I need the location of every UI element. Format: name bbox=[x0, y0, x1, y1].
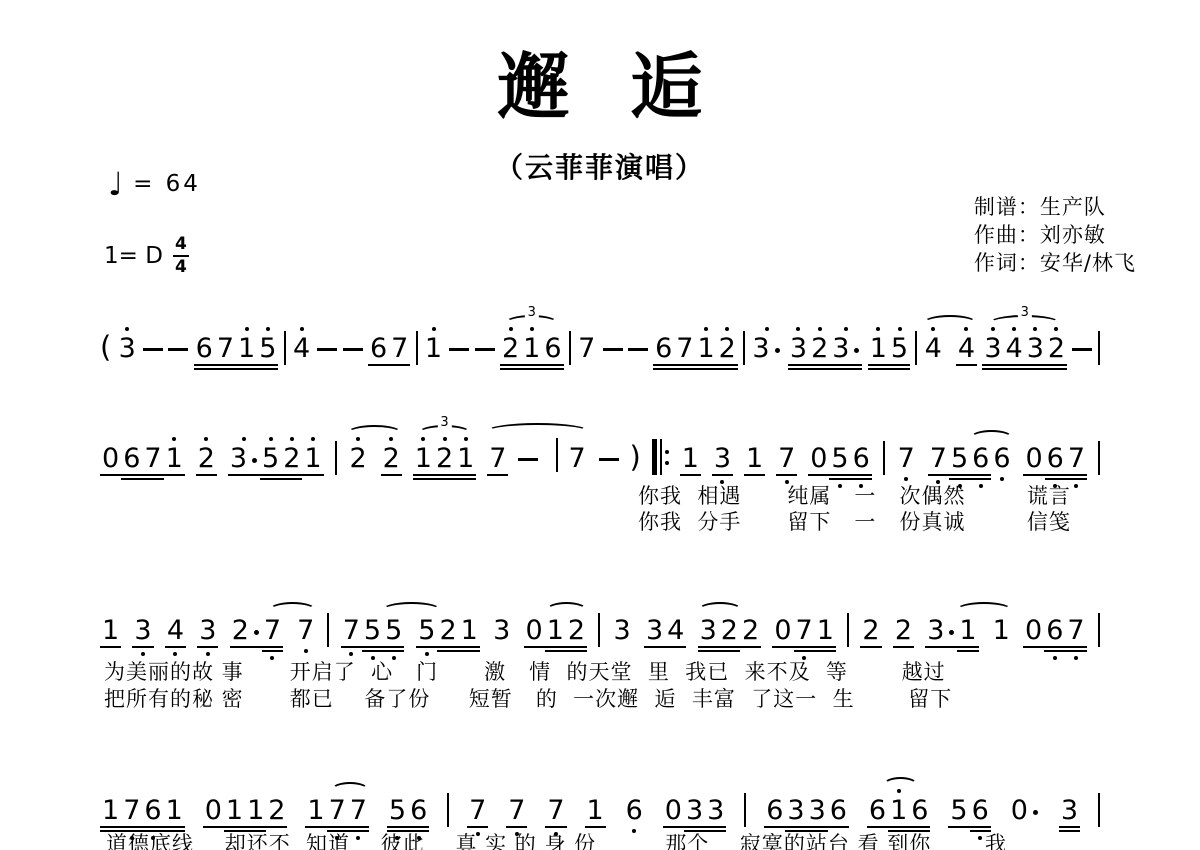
barline bbox=[1098, 793, 1100, 827]
duration-dash bbox=[518, 458, 538, 461]
barline bbox=[744, 793, 746, 827]
note: 6 bbox=[909, 797, 930, 824]
note: 1 bbox=[455, 445, 476, 472]
beam-line bbox=[1044, 646, 1065, 648]
barline bbox=[1098, 613, 1100, 647]
note-group: 323 bbox=[788, 335, 863, 362]
begin-repeat-sign bbox=[652, 439, 669, 475]
octave-dot-low bbox=[1000, 477, 1004, 481]
repeat-dots bbox=[665, 439, 669, 475]
beam-line bbox=[1004, 368, 1025, 370]
octave-dot-low bbox=[349, 652, 353, 656]
time-denominator: 4 bbox=[175, 259, 187, 276]
beam-line bbox=[1046, 368, 1067, 370]
beam-line bbox=[362, 646, 383, 648]
beam-line bbox=[260, 474, 281, 476]
note: 7 bbox=[121, 797, 142, 824]
beam-line bbox=[389, 364, 410, 366]
beam-line bbox=[348, 826, 369, 828]
barline bbox=[598, 613, 600, 647]
note: 5 bbox=[387, 797, 408, 824]
parenthesis: ) bbox=[630, 443, 641, 472]
octave-dot-high bbox=[1054, 327, 1058, 331]
note: 2 bbox=[717, 335, 738, 362]
beam-line bbox=[1044, 650, 1065, 652]
beam-line bbox=[1066, 474, 1087, 476]
beam-line bbox=[437, 646, 458, 648]
beam-line bbox=[829, 474, 850, 476]
note-group: 277 bbox=[230, 617, 317, 644]
beam-line bbox=[794, 646, 815, 648]
octave-dot-high bbox=[931, 327, 935, 331]
duration-dash bbox=[603, 348, 623, 351]
note: 4 bbox=[665, 617, 686, 644]
duration-dash bbox=[168, 348, 188, 351]
beam-line bbox=[524, 646, 545, 648]
note: 7 bbox=[295, 617, 316, 644]
note: 2 bbox=[281, 445, 302, 472]
note-group: 6715 bbox=[194, 335, 279, 362]
note-group: 012 bbox=[524, 617, 588, 644]
octave-dot-high bbox=[509, 327, 513, 331]
credit-line-lyricist: 作词：安华/林飞 bbox=[974, 250, 1136, 278]
beam-line bbox=[949, 474, 970, 476]
beam-line bbox=[165, 646, 186, 648]
music-system-3: 1343277755521301233432207122311067 bbox=[100, 602, 1100, 644]
octave-dot-high bbox=[421, 437, 425, 441]
note: 1 bbox=[957, 617, 978, 644]
beam-line bbox=[266, 826, 287, 828]
note: 7 bbox=[1065, 617, 1086, 644]
beam-line bbox=[744, 474, 765, 476]
beam-line bbox=[829, 478, 850, 480]
beam-line bbox=[644, 646, 665, 648]
beam-line bbox=[808, 474, 829, 476]
note-group: 067 bbox=[1023, 617, 1087, 644]
octave-dot-high bbox=[796, 327, 800, 331]
beam-line bbox=[215, 364, 236, 366]
note: 4 bbox=[923, 335, 944, 362]
beam-line bbox=[228, 474, 260, 476]
barline bbox=[1098, 331, 1100, 365]
note: 6 bbox=[194, 335, 215, 362]
note: 6 bbox=[653, 335, 674, 362]
beam-line bbox=[815, 646, 836, 648]
note-group: 177 bbox=[305, 797, 369, 824]
note: 6 bbox=[828, 797, 849, 824]
rest-note: 0 bbox=[663, 797, 684, 824]
beam-line bbox=[828, 826, 849, 828]
augmentation-dot bbox=[252, 458, 257, 463]
note: 7 bbox=[896, 445, 917, 472]
note: 3 bbox=[197, 617, 218, 644]
note: 3 bbox=[684, 797, 705, 824]
note-group: 067 bbox=[1023, 445, 1087, 472]
repeat-thick-bar bbox=[652, 439, 657, 475]
note: 2 bbox=[437, 617, 458, 644]
note: 7 bbox=[487, 445, 508, 472]
octave-dot-high bbox=[876, 327, 880, 331]
octave-dot-high bbox=[464, 437, 468, 441]
note: 3 bbox=[612, 617, 633, 644]
beam-line bbox=[719, 650, 740, 652]
note: 2 bbox=[266, 797, 287, 824]
beam-line bbox=[957, 646, 978, 648]
note: 7 bbox=[1066, 445, 1087, 472]
beam-line bbox=[121, 478, 142, 480]
lyric-line: 为美丽的故 事 开启了 心 门 激 情 的天堂 里 我已 来不及 等 越过 bbox=[104, 662, 946, 683]
barline bbox=[847, 613, 849, 647]
beam-line bbox=[416, 646, 437, 648]
beam-line bbox=[381, 474, 402, 476]
beam-line bbox=[142, 478, 163, 480]
note: 3 bbox=[807, 797, 828, 824]
note: 7 bbox=[215, 335, 236, 362]
note-group: 1761 bbox=[100, 797, 185, 824]
beam-line bbox=[132, 646, 153, 648]
lyric-line: 你我 分手 留下 一 份真诚 信笺 bbox=[638, 512, 1071, 533]
beam-line bbox=[487, 474, 508, 476]
note-group: 616 bbox=[867, 797, 931, 824]
note: 2 bbox=[860, 617, 881, 644]
beam-line bbox=[809, 364, 830, 366]
augmentation-dot bbox=[1033, 810, 1038, 815]
beam-line bbox=[851, 478, 872, 480]
octave-dot-high bbox=[818, 327, 822, 331]
note: 2 bbox=[1046, 335, 1067, 362]
note: 1 bbox=[100, 617, 121, 644]
note: 5 bbox=[362, 617, 383, 644]
octave-dot-low bbox=[1074, 484, 1078, 488]
beam-line bbox=[698, 650, 719, 652]
credit-line-composer: 作曲：刘亦敏 bbox=[974, 222, 1136, 250]
octave-dot-high bbox=[897, 789, 901, 793]
note: 6 bbox=[1044, 617, 1065, 644]
note-group: 44 bbox=[923, 335, 977, 362]
octave-dot-high bbox=[389, 437, 393, 441]
note: 7 bbox=[506, 797, 527, 824]
beam-line bbox=[1023, 646, 1044, 648]
duration-dash bbox=[599, 458, 619, 461]
note-group: 071 bbox=[772, 617, 836, 644]
barline bbox=[569, 331, 571, 365]
beam-line bbox=[142, 826, 163, 828]
beam-line bbox=[888, 826, 909, 828]
note: 3 bbox=[705, 797, 726, 824]
octave-dot-high bbox=[245, 327, 249, 331]
note-group: 22 bbox=[347, 445, 401, 472]
note: 7 bbox=[776, 445, 797, 472]
note: 3 bbox=[1025, 335, 1046, 362]
tuplet-number: 3 bbox=[525, 306, 539, 319]
octave-dot-low bbox=[173, 652, 177, 656]
note: 1 bbox=[815, 617, 836, 644]
augmentation-dot bbox=[254, 630, 259, 635]
beam-line bbox=[194, 364, 215, 366]
rest-note: 0 bbox=[772, 617, 793, 644]
music-system-2: 06712352122312177)131705677566067 bbox=[100, 430, 1100, 472]
duration-dash bbox=[317, 348, 337, 351]
parenthesis: ( bbox=[100, 333, 111, 362]
beam-line bbox=[674, 368, 695, 370]
beam-line bbox=[236, 368, 257, 370]
beam-line bbox=[956, 364, 977, 366]
note-group: 056 bbox=[808, 445, 872, 472]
octave-dot-low bbox=[1053, 656, 1057, 660]
note: 7 bbox=[262, 617, 283, 644]
octave-dot-low bbox=[304, 649, 308, 653]
barline bbox=[883, 441, 885, 475]
barline bbox=[556, 438, 558, 472]
note: 6 bbox=[1045, 445, 1066, 472]
note: 6 bbox=[764, 797, 785, 824]
note: 1 bbox=[245, 797, 266, 824]
duration-dash bbox=[343, 348, 363, 351]
duration-dash bbox=[628, 348, 648, 351]
beam-line bbox=[281, 478, 302, 480]
beam-line bbox=[889, 364, 910, 366]
beam-line bbox=[815, 650, 836, 652]
note: 1 bbox=[302, 445, 323, 472]
beam-line bbox=[521, 364, 542, 366]
note: 3 bbox=[117, 335, 138, 362]
note: 5 bbox=[829, 445, 850, 472]
octave-dot-high bbox=[991, 327, 995, 331]
beam-line bbox=[695, 364, 716, 366]
beam-line bbox=[566, 646, 587, 648]
note-group: 6712 bbox=[653, 335, 738, 362]
note: 3 bbox=[491, 617, 512, 644]
note: 1 bbox=[545, 617, 566, 644]
beam-line bbox=[542, 364, 563, 366]
rest-note: 0 bbox=[524, 617, 545, 644]
rest-note: 0 bbox=[100, 445, 121, 472]
beam-line bbox=[506, 826, 527, 828]
rest-note: 0 bbox=[1023, 617, 1044, 644]
note: 7 bbox=[142, 445, 163, 472]
beam-line bbox=[566, 650, 587, 652]
beam-line bbox=[867, 826, 888, 828]
beam-line bbox=[695, 368, 716, 370]
note: 6 bbox=[408, 797, 429, 824]
beam-line bbox=[957, 650, 978, 652]
note: 1 bbox=[164, 797, 185, 824]
note: 3 bbox=[982, 335, 1003, 362]
note-group: 56 bbox=[387, 797, 429, 824]
beam-line bbox=[653, 368, 674, 370]
beam-line bbox=[245, 826, 266, 828]
beam-line bbox=[772, 646, 793, 648]
note: 3 bbox=[132, 617, 153, 644]
octave-dot-high bbox=[898, 327, 902, 331]
beam-line bbox=[1023, 474, 1044, 476]
tempo-marking: ♩ = 64 bbox=[108, 168, 201, 200]
note: 3 bbox=[644, 617, 665, 644]
note-group: 15 bbox=[868, 335, 910, 362]
beam-line bbox=[982, 368, 1003, 370]
beam-line bbox=[585, 826, 606, 828]
beam-line bbox=[928, 474, 949, 476]
beam-line bbox=[542, 368, 563, 370]
tuplet-number: 3 bbox=[1018, 306, 1032, 319]
beam-line bbox=[257, 368, 278, 370]
beam-line bbox=[224, 826, 245, 828]
note: 2 bbox=[381, 445, 402, 472]
beam-line bbox=[500, 368, 521, 370]
octave-dot-high bbox=[443, 437, 447, 441]
beam-line bbox=[262, 650, 283, 652]
note: 7 bbox=[576, 335, 597, 362]
rest-note: 0 bbox=[1023, 445, 1044, 472]
note: 1 bbox=[164, 445, 185, 472]
note: 2 bbox=[719, 617, 740, 644]
barline bbox=[416, 331, 418, 365]
beam-line bbox=[521, 368, 542, 370]
note: 6 bbox=[970, 797, 991, 824]
beam-line bbox=[794, 650, 815, 652]
note: 1 bbox=[744, 445, 765, 472]
note: 7 bbox=[467, 797, 488, 824]
beam-line bbox=[909, 826, 930, 828]
beam-line bbox=[383, 650, 404, 652]
beam-line bbox=[197, 646, 218, 648]
note: 4 bbox=[956, 335, 977, 362]
note-group: 77 bbox=[487, 438, 587, 472]
octave-dot-high bbox=[204, 437, 208, 441]
note: 1 bbox=[459, 617, 480, 644]
duration-dash bbox=[449, 348, 469, 351]
beam-line bbox=[236, 364, 257, 366]
music-system-1: (3671546713216767123323154433432 bbox=[100, 320, 1100, 362]
beam-line bbox=[260, 478, 281, 480]
octave-dot-high bbox=[125, 327, 129, 331]
beam-line bbox=[1025, 368, 1046, 370]
beam-line bbox=[830, 364, 862, 366]
note: 1 bbox=[305, 797, 326, 824]
beam-line bbox=[925, 646, 957, 648]
beam-line bbox=[807, 826, 828, 828]
note-group: 322 bbox=[698, 617, 762, 644]
note: 5 bbox=[948, 797, 969, 824]
beam-line bbox=[383, 646, 404, 648]
beam-line bbox=[653, 364, 674, 366]
octave-dot-low bbox=[1074, 656, 1078, 660]
note: 6 bbox=[851, 445, 872, 472]
octave-dot-high bbox=[356, 437, 360, 441]
note: 6 bbox=[867, 797, 888, 824]
beam-line bbox=[368, 364, 389, 366]
octave-dot-high bbox=[704, 327, 708, 331]
beam-line bbox=[785, 826, 806, 828]
note: 7 bbox=[566, 445, 587, 472]
beam-line bbox=[257, 364, 278, 366]
beam-line bbox=[164, 474, 185, 476]
note-group: 7566 bbox=[928, 445, 1013, 472]
note: 1 bbox=[991, 617, 1012, 644]
beam-line bbox=[1059, 826, 1080, 828]
duration-dash bbox=[1072, 348, 1092, 351]
duration-dash bbox=[475, 348, 495, 351]
beam-line bbox=[408, 826, 429, 828]
key-signature: 1= D 4 4 bbox=[104, 236, 189, 276]
beam-line bbox=[868, 368, 889, 370]
beam-line bbox=[1045, 474, 1066, 476]
music-system-4: 17610112177567771603363366165603 bbox=[100, 782, 1100, 824]
note: 1 bbox=[423, 335, 444, 362]
beam-line bbox=[327, 826, 348, 828]
note: 3 bbox=[228, 445, 260, 472]
beam-line bbox=[1066, 478, 1087, 480]
beam-line bbox=[230, 646, 262, 648]
note: 7 bbox=[928, 445, 949, 472]
note: 4 bbox=[165, 617, 186, 644]
note: 3 bbox=[712, 445, 733, 472]
note: 3 bbox=[1059, 797, 1080, 824]
note: 3 bbox=[750, 335, 782, 362]
note: 1 bbox=[680, 445, 701, 472]
beam-line bbox=[712, 474, 733, 476]
quarter-note-icon: ♩ bbox=[108, 168, 123, 200]
beam-line bbox=[302, 474, 323, 476]
note: 1 bbox=[100, 797, 121, 824]
octave-dot-high bbox=[765, 327, 769, 331]
beam-line bbox=[717, 368, 738, 370]
note-group: 0112 bbox=[203, 797, 288, 824]
note-group: 33432 bbox=[982, 335, 1067, 362]
barline bbox=[284, 331, 286, 365]
beam-line bbox=[100, 826, 121, 828]
tempo-value: = 64 bbox=[133, 171, 201, 197]
note: 2 bbox=[566, 617, 587, 644]
octave-dot-high bbox=[290, 437, 294, 441]
beam-line bbox=[545, 646, 566, 648]
beam-line bbox=[500, 364, 521, 366]
note: 5 bbox=[257, 335, 278, 362]
octave-dot-low bbox=[141, 652, 145, 656]
note: 1 bbox=[413, 445, 434, 472]
beam-line bbox=[434, 474, 455, 476]
beam-line bbox=[467, 826, 488, 828]
octave-dot-high bbox=[266, 327, 270, 331]
beam-line bbox=[1004, 364, 1025, 366]
beam-line bbox=[680, 474, 701, 476]
note: 4 bbox=[291, 335, 312, 362]
note-group: 6336 bbox=[764, 797, 849, 824]
note: 6 bbox=[991, 445, 1012, 472]
note: 1 bbox=[236, 335, 257, 362]
note: 1 bbox=[888, 797, 909, 824]
duration-dash bbox=[143, 348, 163, 351]
beam-line bbox=[982, 364, 1003, 366]
beam-line bbox=[459, 650, 480, 652]
note: 6 bbox=[142, 797, 163, 824]
lyric-line: 你我 相遇 纯属 一 次偶然 谎言 bbox=[638, 486, 1071, 507]
beam-line bbox=[545, 650, 566, 652]
note: 2 bbox=[196, 445, 217, 472]
note: 5 bbox=[889, 335, 910, 362]
note-group: 3216 bbox=[500, 335, 564, 362]
beam-line bbox=[1065, 646, 1086, 648]
note: 7 bbox=[327, 797, 348, 824]
beam-line bbox=[164, 826, 185, 828]
beam-line bbox=[970, 826, 991, 828]
beam-line bbox=[665, 646, 686, 648]
octave-dot-high bbox=[844, 327, 848, 331]
note-group: 755521 bbox=[341, 617, 480, 644]
beam-line bbox=[121, 826, 142, 828]
note: 7 bbox=[545, 797, 566, 824]
beam-line bbox=[740, 646, 761, 648]
